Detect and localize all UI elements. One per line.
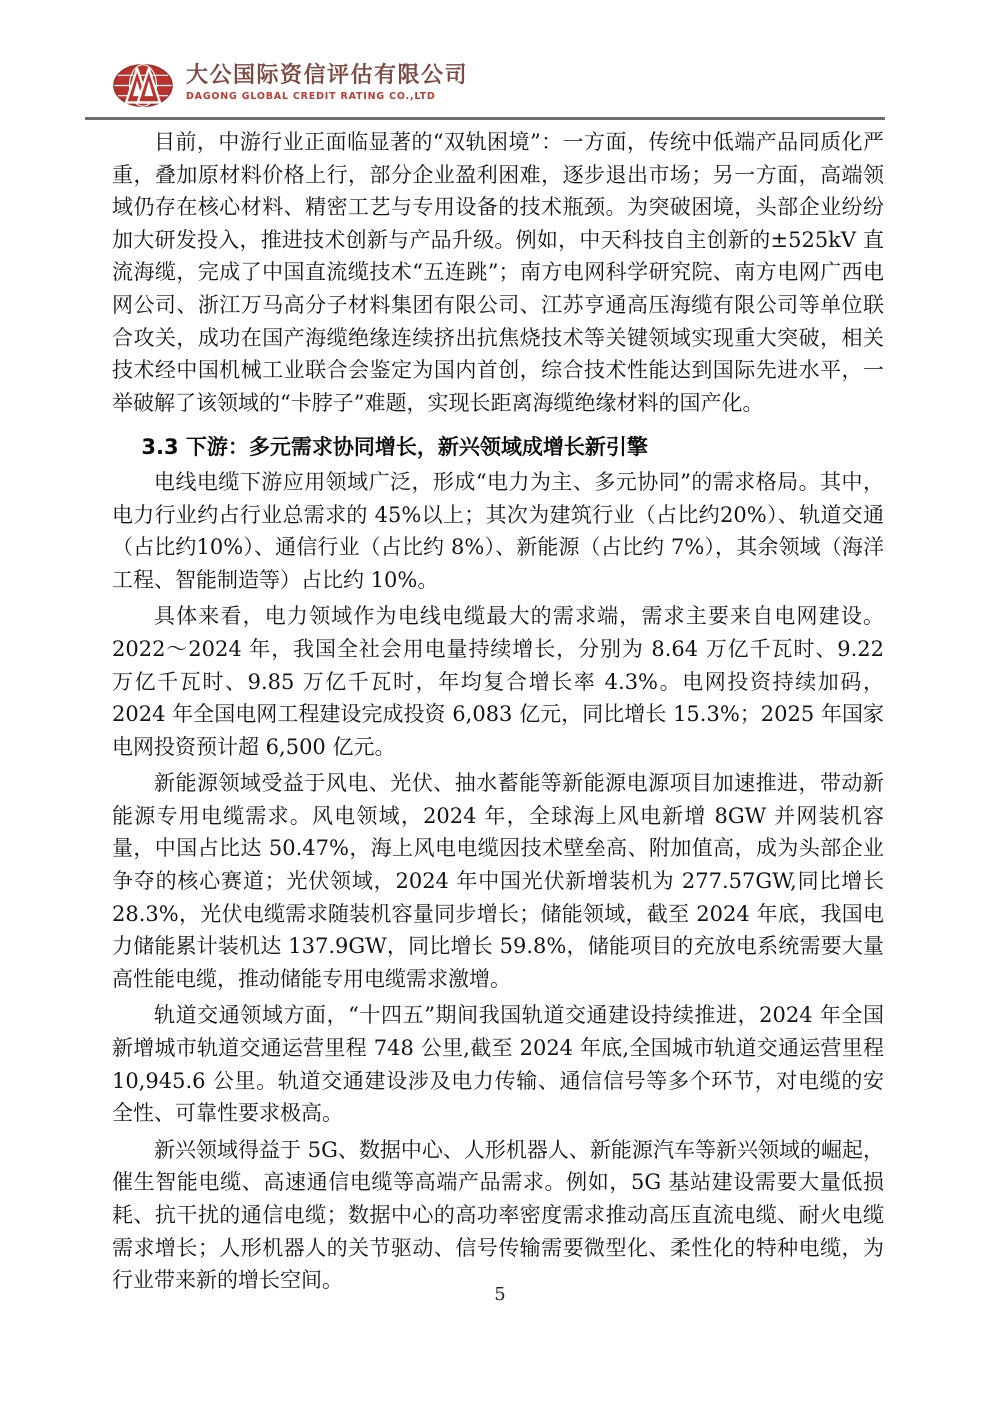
- document-page: 大公国际资信评估有限公司 DAGONG GLOBAL CREDIT RATING…: [0, 0, 1000, 1414]
- logo-wordmark: 大公国际资信评估有限公司 DAGONG GLOBAL CREDIT RATING…: [186, 64, 468, 103]
- company-name-cn: 大公国际资信评估有限公司: [186, 64, 468, 88]
- page-footer: 5: [0, 1281, 1000, 1309]
- body-paragraph-4: 新能源领域受益于风电、光伏、抽水蓄能等新能源电源项目加速推进，带动新能源专用电缆…: [112, 767, 884, 995]
- section-heading-3-3: 3.3 下游：多元需求协同增长，新兴领域成增长新引擎: [112, 431, 884, 464]
- body-paragraph-1: 目前，中游行业正面临显著的“双轨困境”：一方面，传统中低端产品同质化严重，叠加原…: [112, 126, 884, 419]
- body-paragraph-2: 电线电缆下游应用领域广泛，形成“电力为主、多元协同”的需求格局。其中，电力行业约…: [112, 466, 884, 596]
- body-paragraph-5: 轨道交通领域方面，“十四五”期间我国轨道交通建设持续推进，2024 年全国新增城…: [112, 999, 884, 1129]
- company-name-en: DAGONG GLOBAL CREDIT RATING CO.,LTD: [186, 90, 468, 103]
- body-paragraph-6: 新兴领域得益于 5G、数据中心、人形机器人、新能源汽车等新兴领域的崛起，催生智能…: [112, 1134, 884, 1297]
- body-paragraph-3: 具体来看，电力领域作为电线电缆最大的需求端，需求主要来自电网建设。2022～20…: [112, 600, 884, 763]
- header-divider-rule: [85, 117, 885, 120]
- document-body: 目前，中游行业正面临显著的“双轨困境”：一方面，传统中低端产品同质化严重，叠加原…: [112, 126, 884, 1297]
- dagong-globe-monogram-icon: [112, 62, 174, 109]
- page-header: 大公国际资信评估有限公司 DAGONG GLOBAL CREDIT RATING…: [112, 62, 468, 109]
- page-number: 5: [494, 1284, 505, 1305]
